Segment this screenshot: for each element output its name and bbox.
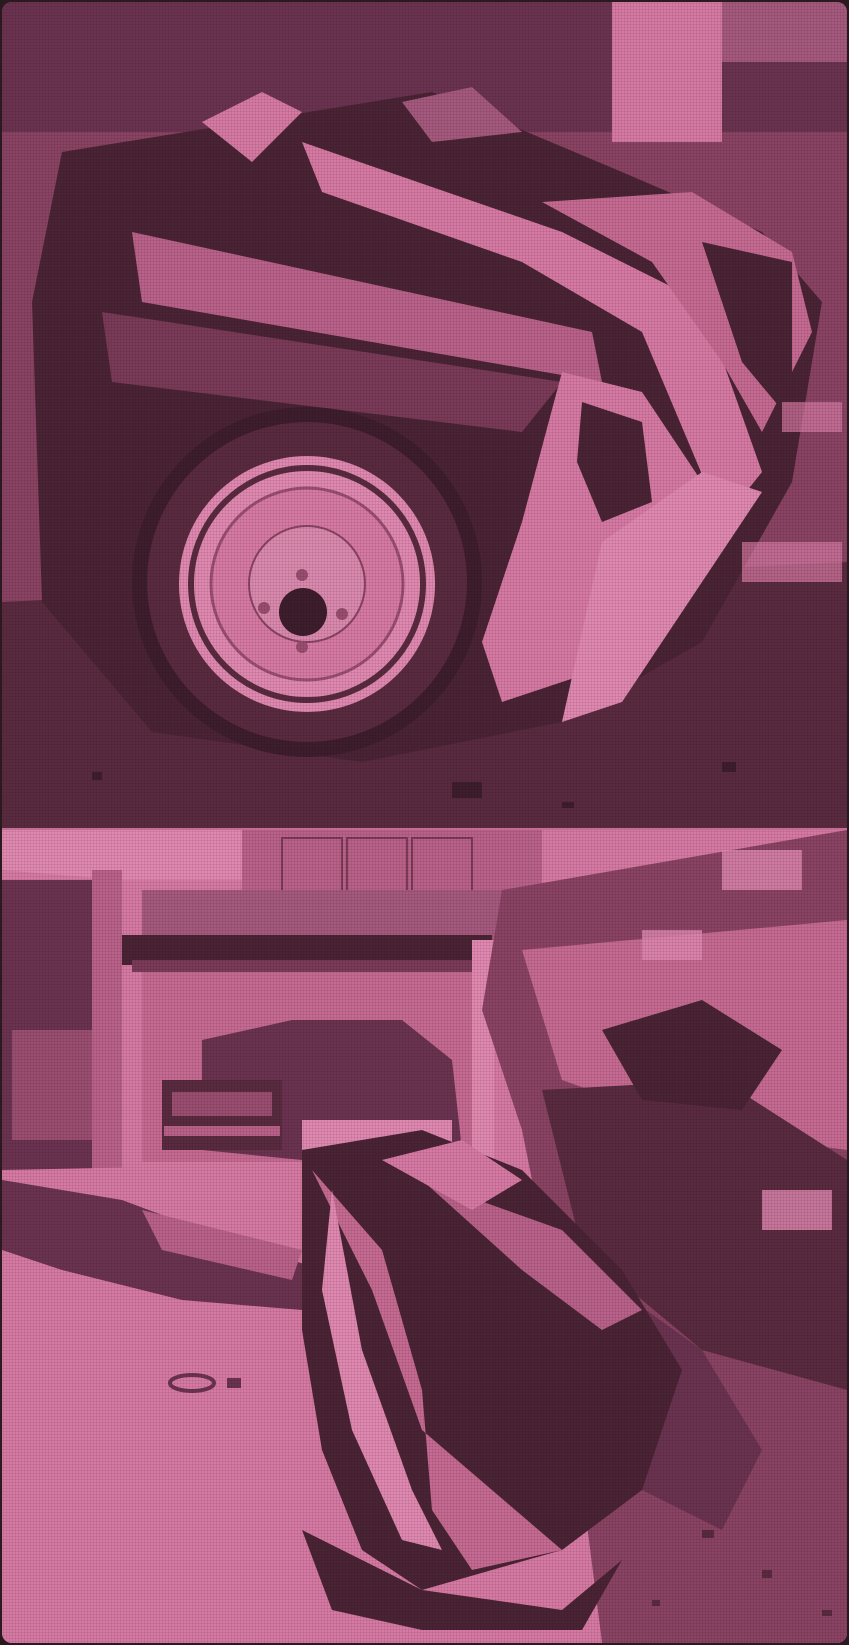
duotone-card xyxy=(2,2,847,1643)
wrecked-car-illustration xyxy=(2,2,847,828)
photo-wrecked-car xyxy=(2,2,847,828)
garage-debris-illustration xyxy=(2,830,847,1643)
photo-garage-debris xyxy=(2,830,847,1643)
